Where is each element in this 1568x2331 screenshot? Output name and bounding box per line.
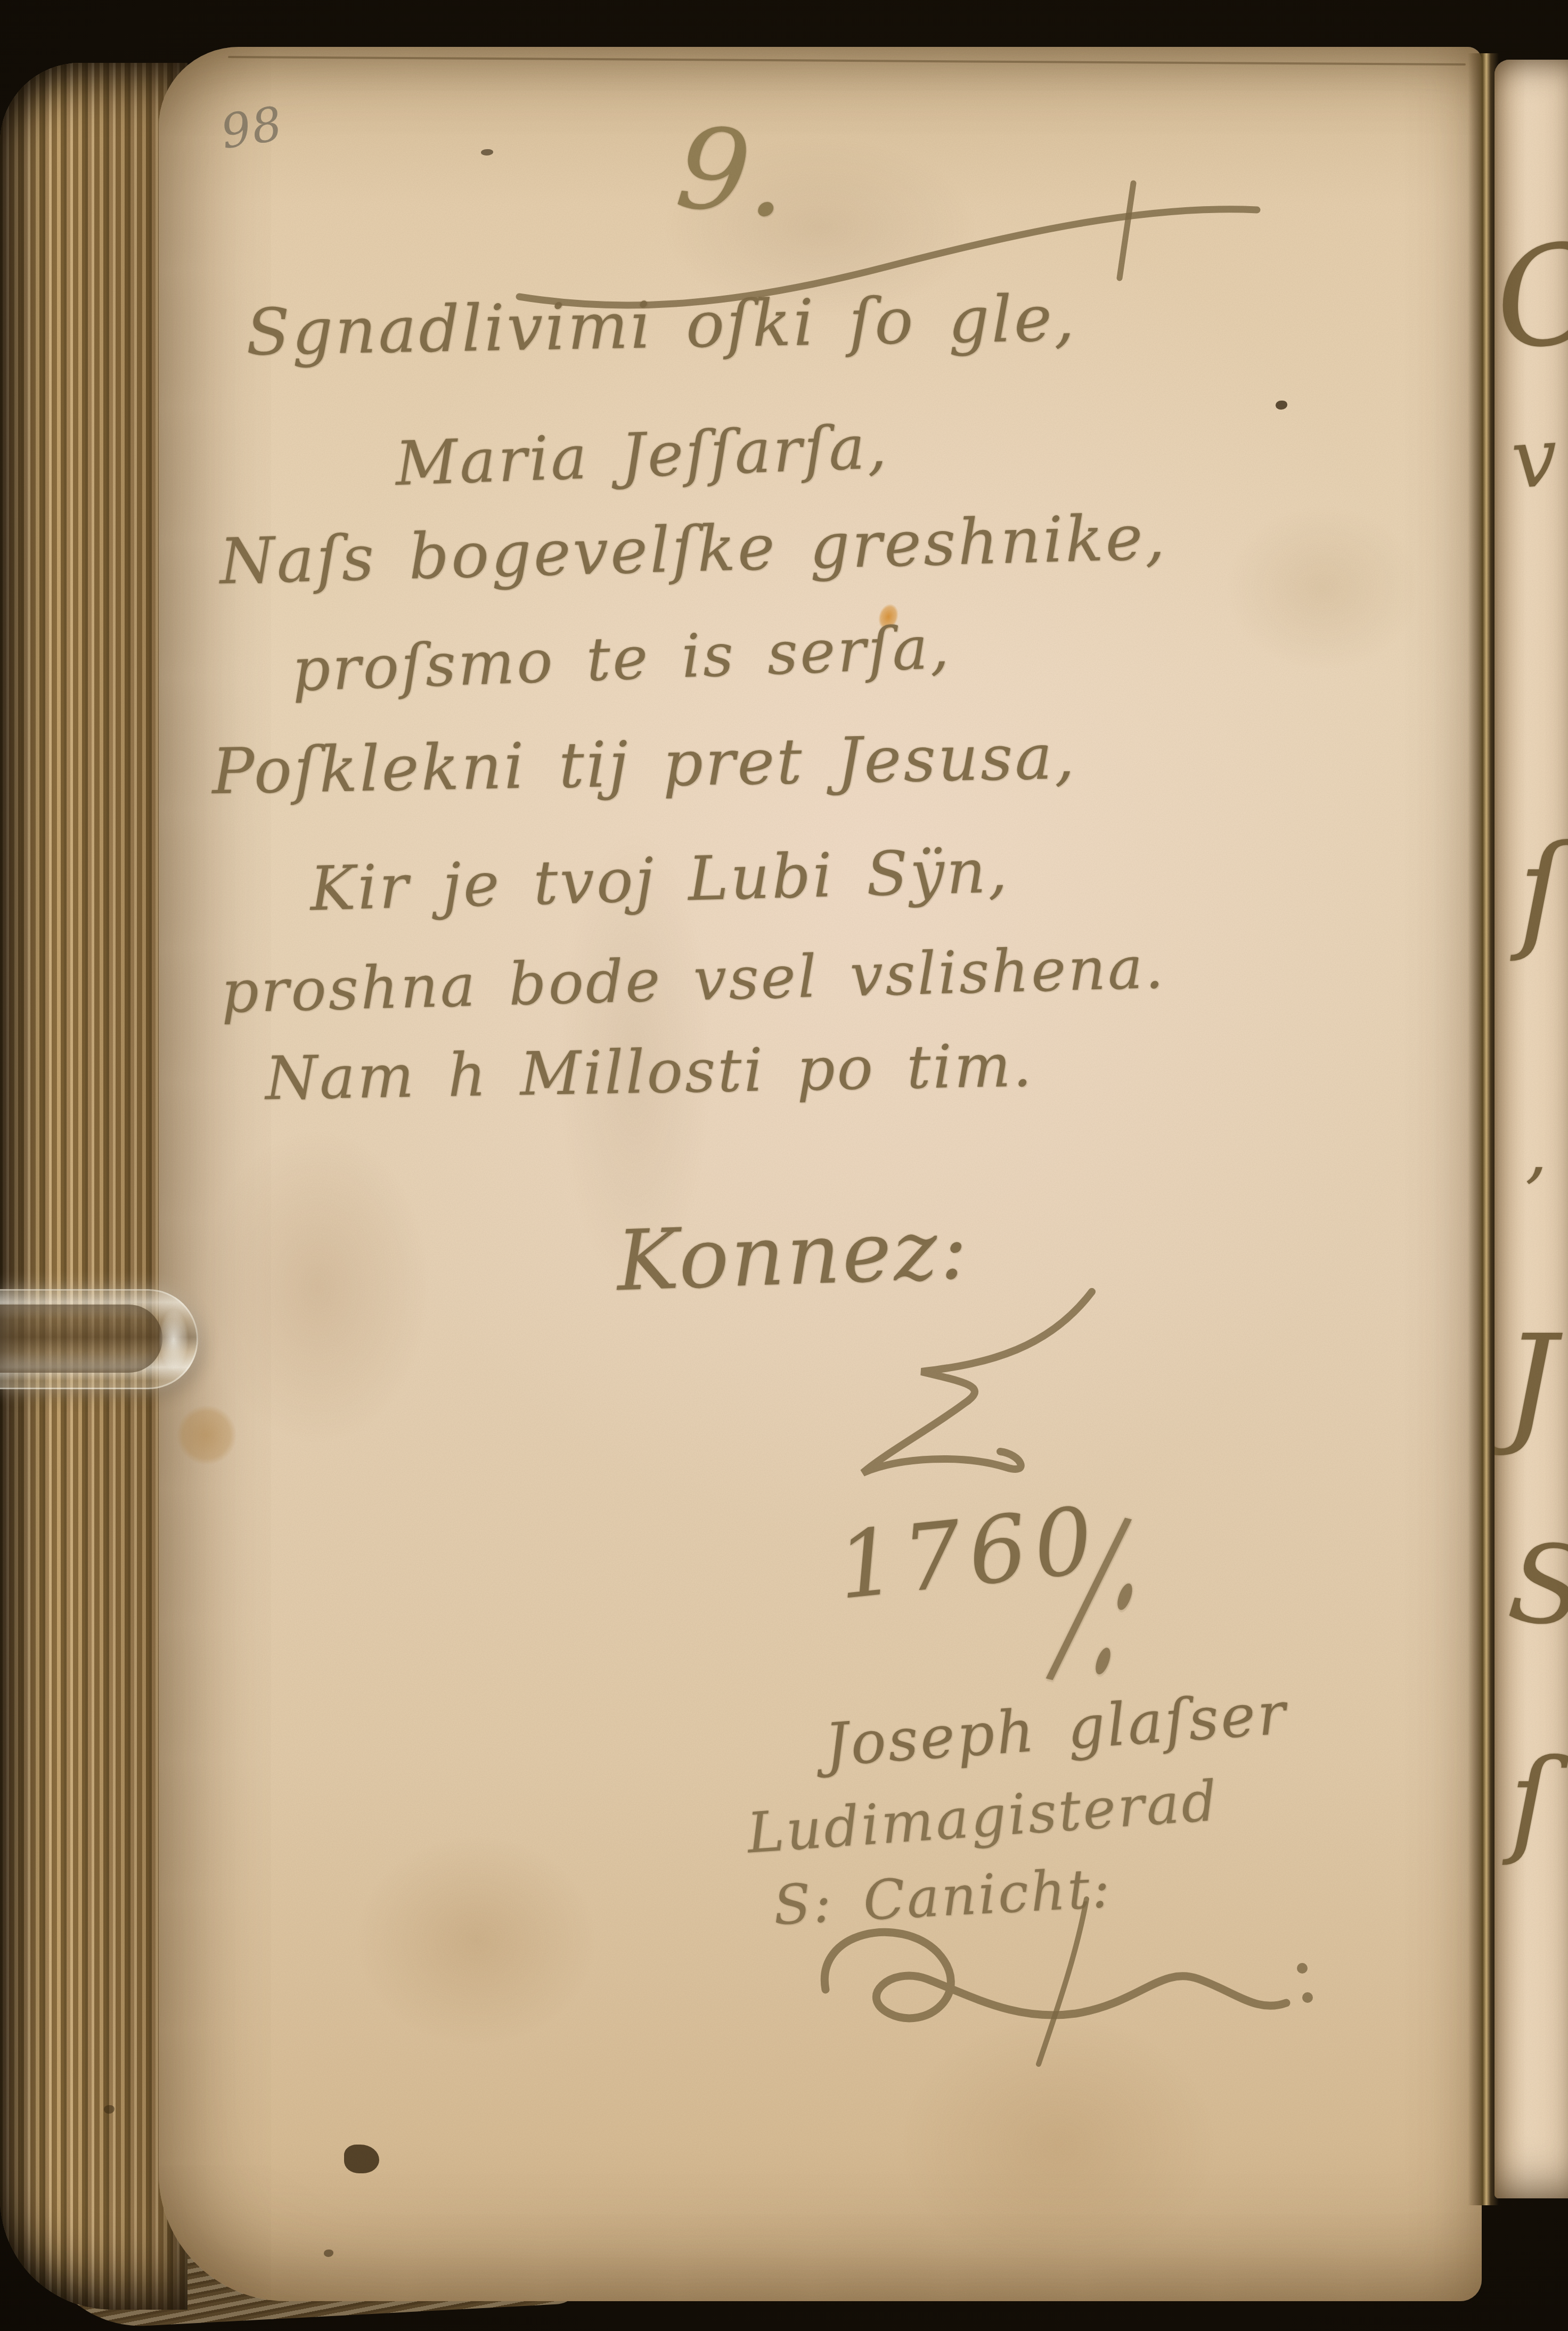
page-gap-shadow bbox=[1468, 53, 1499, 2205]
paper-mottling bbox=[159, 47, 1482, 2301]
folio-number: 98 bbox=[217, 96, 287, 160]
verse-line: Poſklekni tij pret Jesusa, bbox=[211, 720, 1077, 808]
facing-page-letter-fragment: J bbox=[1504, 1307, 1557, 1460]
facing-page-letter-fragment: ſ bbox=[1509, 1734, 1552, 1868]
ink-speck bbox=[344, 2145, 379, 2173]
manuscript-photo: 98 9. Sgnadlivimi oſki ſo gle, Maria Jeſ… bbox=[0, 0, 1568, 2331]
verse-line: Sgnadlivimi oſki ſo gle, bbox=[246, 281, 1077, 370]
verse-line: Nam h Millosti po tim. bbox=[265, 1031, 1034, 1113]
manuscript-page bbox=[159, 47, 1482, 2301]
facing-page-letter-fragment: O bbox=[1494, 212, 1568, 381]
section-number-heading: 9. bbox=[671, 101, 796, 244]
glass-weight bbox=[0, 1289, 198, 1389]
facing-page-letter-fragment: , bbox=[1525, 1110, 1547, 1191]
facing-page-letter-fragment: S bbox=[1503, 1518, 1568, 1652]
facing-page-letter-fragment: ſ bbox=[1518, 818, 1564, 965]
closing-word: Konnez: bbox=[615, 1200, 971, 1309]
facing-page-letter-fragment: v bbox=[1508, 410, 1561, 507]
facing-page-edge: O v ſ , J S ſ bbox=[1494, 60, 1568, 2198]
